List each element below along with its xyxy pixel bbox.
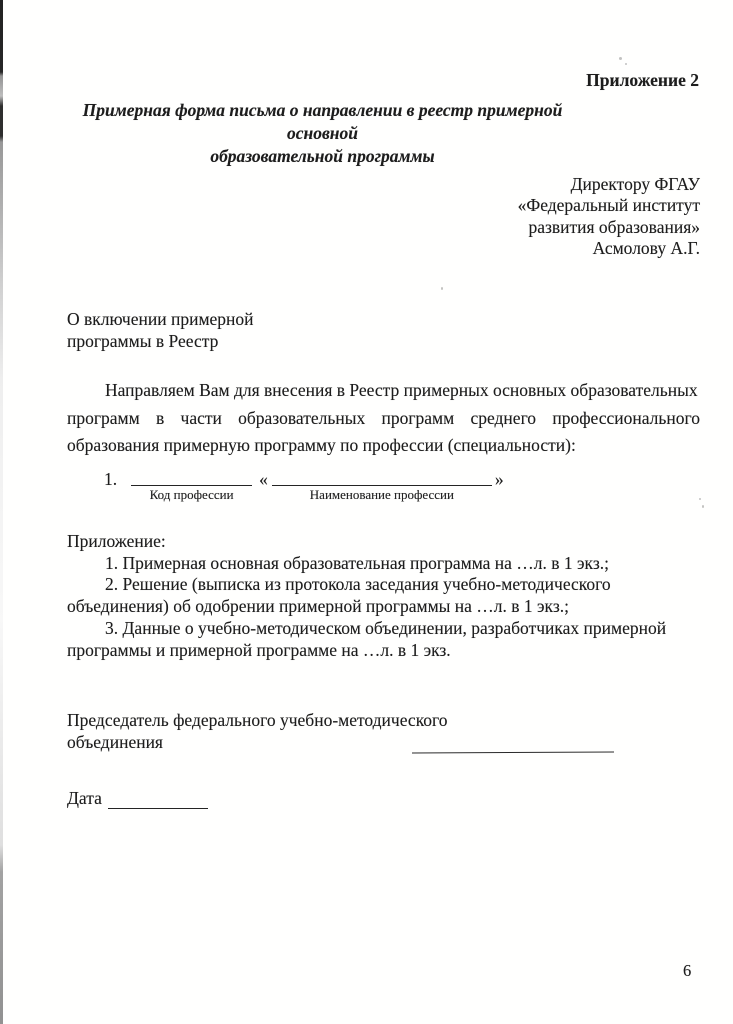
close-quote-mark: »: [495, 471, 504, 488]
attachments-block: Приложение: 1. Примерная основная образо…: [67, 531, 712, 661]
profession-name-blank-line: [272, 471, 492, 486]
addressee-line: Директору ФГАУ: [518, 174, 700, 195]
attachment-item: 3. Данные о учебно-методическом объедине…: [67, 618, 712, 661]
scanned-document-page: Приложение 2 Примерная форма письма о на…: [0, 0, 733, 1024]
scan-speck: [699, 498, 701, 500]
profession-field-row: 1. Код профессии « Наименование професси…: [104, 471, 504, 502]
attachments-heading: Приложение:: [67, 531, 712, 553]
signature-blank-line: [412, 745, 614, 754]
profession-code-field: Код профессии: [131, 471, 252, 502]
document-title: Примерная форма письма о направлении в р…: [60, 99, 585, 168]
profession-name-label: Наименование профессии: [272, 488, 492, 502]
addressee-line: «Федеральный институт: [518, 195, 700, 216]
body-paragraph-line: образования примерную программу по профе…: [67, 432, 700, 460]
open-quote-mark: «: [259, 471, 268, 488]
body-paragraph: Направляем Вам для внесения в Реестр при…: [67, 377, 700, 460]
profession-name-field: Наименование профессии: [272, 471, 492, 502]
scan-edge-artifact: [0, 0, 3, 1024]
addressee-line: Асмолову А.Г.: [518, 238, 700, 259]
profession-code-blank-line: [131, 471, 252, 486]
body-paragraph-line: программ в части образовательных програм…: [67, 405, 700, 433]
addressee-block: Директору ФГАУ «Федеральный институт раз…: [518, 174, 700, 259]
body-paragraph-line: Направляем Вам для внесения в Реестр при…: [67, 377, 700, 405]
page-number: 6: [683, 961, 691, 981]
list-number: 1.: [104, 471, 117, 488]
scan-speck: [441, 287, 443, 290]
profession-code-label: Код профессии: [131, 488, 252, 502]
date-label: Дата: [67, 788, 102, 809]
attachment-item: 2. Решение (выписка из протокола заседан…: [67, 574, 712, 617]
date-blank-line: [108, 794, 208, 809]
letter-subject: О включении примерной программы в Реестр: [67, 309, 254, 353]
attachment-item: 1. Примерная основная образовательная пр…: [67, 553, 712, 575]
scan-speck: [702, 505, 704, 508]
scan-speck: [619, 57, 622, 60]
addressee-line: развития образования»: [518, 217, 700, 238]
appendix-label: Приложение 2: [586, 70, 699, 91]
scan-speck: [625, 63, 627, 65]
date-row: Дата: [67, 788, 208, 809]
